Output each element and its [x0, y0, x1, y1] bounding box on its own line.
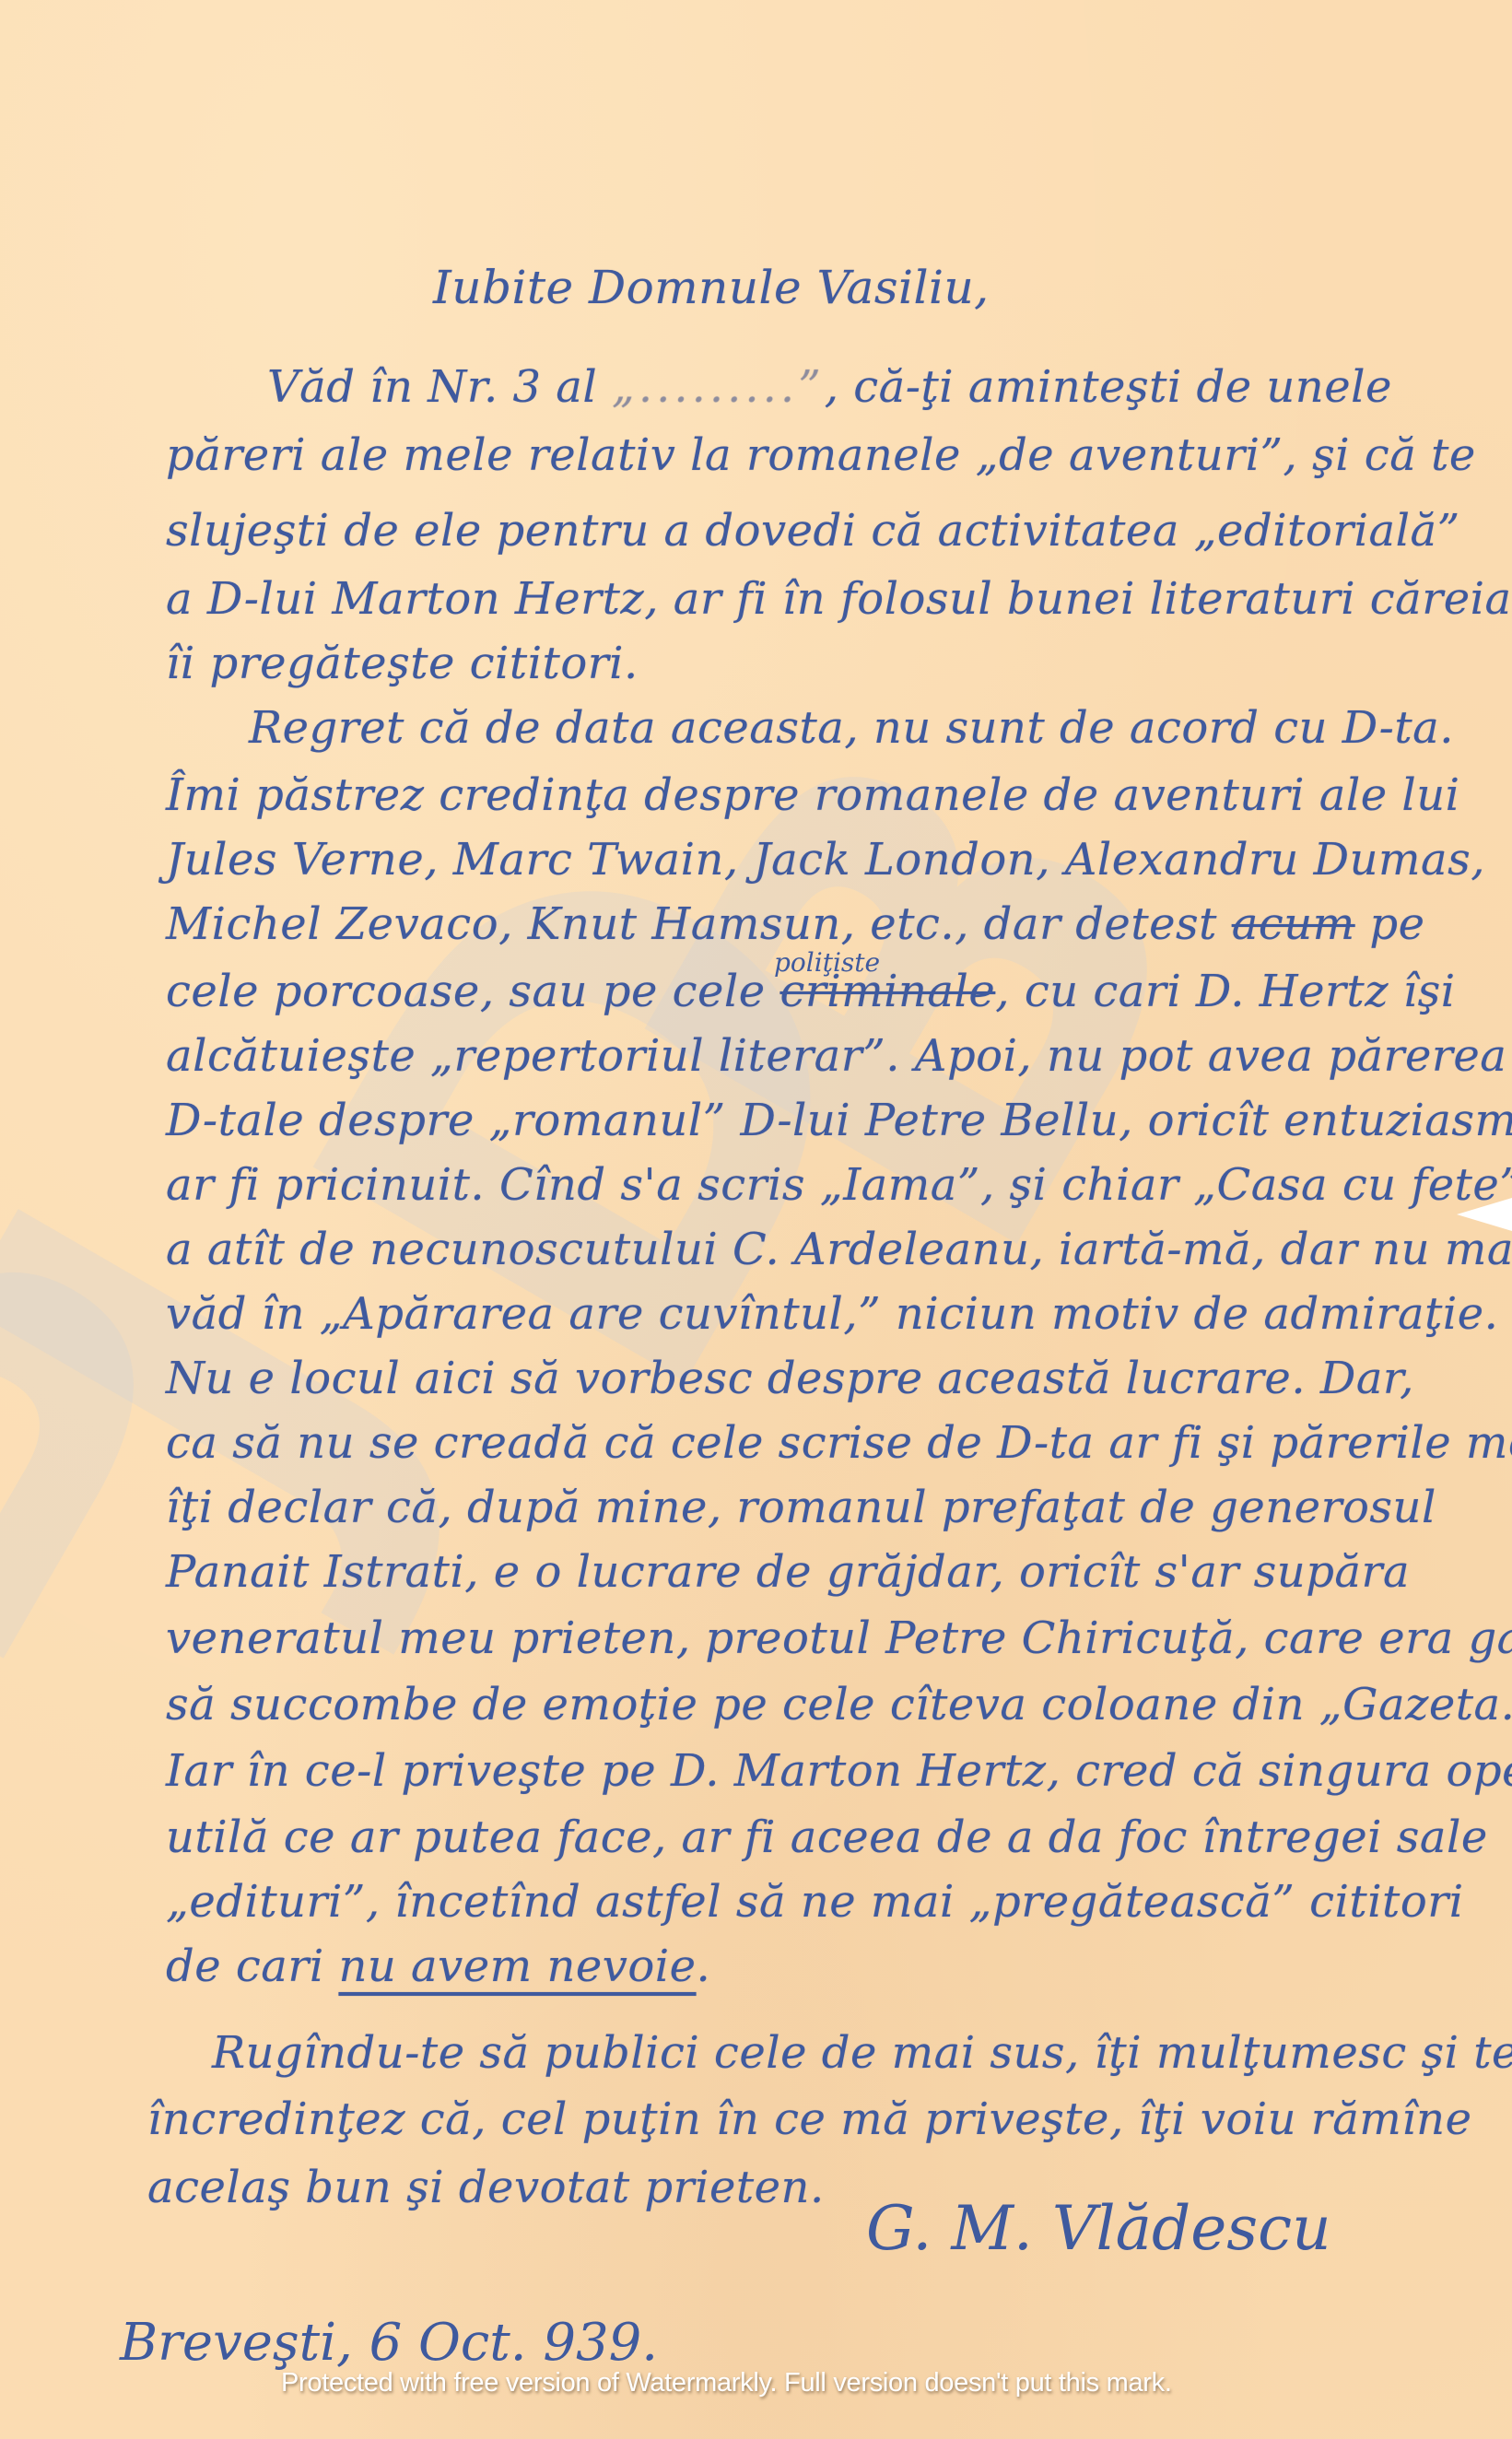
letter-line: ca să nu se creadă că cele scrise de D-t…: [166, 1417, 1512, 1469]
letter-line: Jules Verne, Marc Twain, Jack London, Al…: [166, 834, 1485, 885]
letter-line: cele porcoase, sau pe cele criminale, cu…: [166, 966, 1456, 1017]
signature: G. M. Vlădescu: [866, 2193, 1331, 2264]
letter-line: a D-lui Marton Hertz, ar fi în folosul b…: [166, 573, 1512, 625]
struck-word: criminale: [779, 966, 995, 1017]
letter-line: îi pregăteşte cititori.: [166, 638, 639, 689]
letter-line: Iar în ce-l priveşte pe D. Marton Hertz,…: [166, 1745, 1512, 1797]
letter-line: îţi declar că, după mine, romanul prefaţ…: [166, 1482, 1436, 1533]
letter-line: utilă ce ar putea face, ar fi aceea de a…: [166, 1812, 1488, 1863]
letter-line: Regret că de data aceasta, nu sunt de ac…: [249, 702, 1454, 754]
letter-line: Rugîndu-te să publici cele de mai sus, î…: [212, 2027, 1512, 2079]
letter-line: slujeşti de ele pentru a dovedi că activ…: [166, 505, 1460, 557]
salutation: Iubite Domnule Vasiliu,: [433, 261, 990, 314]
erased-journal-name: „.........”: [612, 361, 825, 413]
letter-line: veneratul meu prieten, preotul Petre Chi…: [166, 1612, 1512, 1664]
letter-line: Îmi păstrez credinţa despre romanele de …: [166, 769, 1460, 821]
letter-line: ar fi pricinuit. Cînd s'a scris „Iama”, …: [166, 1159, 1512, 1211]
letter-line: păreri ale mele relativ la romanele „de …: [166, 429, 1476, 481]
watermarkly-notice: Protected with free version of Watermark…: [281, 2368, 1172, 2398]
letter-line: alcătuieşte „repertoriul literar”. Apoi,…: [166, 1030, 1506, 1082]
place-and-date: Breveşti, 6 Oct. 939.: [120, 2313, 658, 2373]
letter-line: Panait Istrati, e o lucrare de grăjdar, …: [166, 1546, 1410, 1598]
underlined-phrase: nu avem nevoie: [338, 1941, 696, 1992]
letter-line: „edituri”, încetînd astfel să ne mai „pr…: [166, 1876, 1464, 1928]
letter-line: Michel Zevaco, Knut Hamsun, etc., dar de…: [166, 898, 1425, 950]
letter-line: a atît de necunoscutului C. Ardeleanu, i…: [166, 1224, 1512, 1275]
letter-line: D-tale despre „romanul” D-lui Petre Bell…: [166, 1095, 1512, 1146]
letter-line: Nu e locul aici să vorbesc despre aceast…: [166, 1353, 1414, 1404]
letter-line: Văd în Nr. 3 al „.........”, că-ţi amint…: [267, 361, 1392, 413]
letter-line: văd în „Apărarea are cuvîntul,” niciun m…: [166, 1288, 1498, 1340]
letter-line: acelaş bun şi devotat prieten.: [147, 2162, 825, 2213]
handwritten-letter: Iubite Domnule Vasiliu, Văd în Nr. 3 al …: [0, 0, 1512, 2439]
letter-line: de cari nu avem nevoie.: [166, 1941, 710, 1992]
struck-word: acum: [1232, 898, 1355, 950]
letter-line: încredinţez că, cel puţin în ce mă prive…: [147, 2093, 1472, 2145]
letter-line: să succombe de emoţie pe cele cîteva col…: [166, 1679, 1512, 1730]
